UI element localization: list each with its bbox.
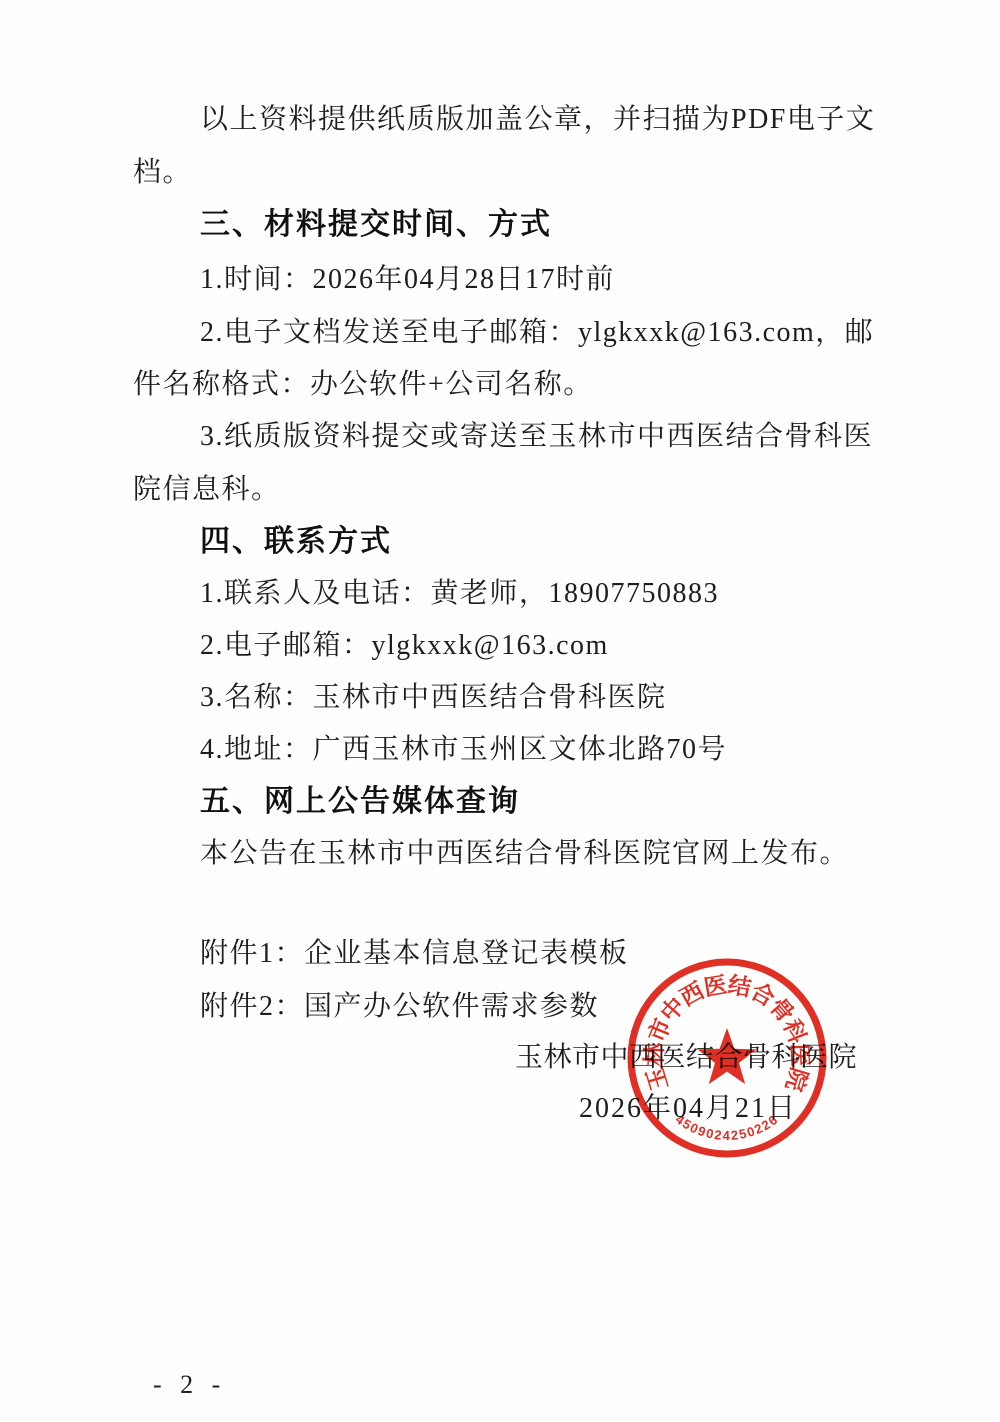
- section4-item2-email: 2.电子邮箱：ylgkxxk@163.com: [200, 629, 609, 663]
- document-page: 以上资料提供纸质版加盖公章，并扫描为PDF电子文 档。 三、材料提交时间、方式 …: [0, 0, 1000, 1422]
- section3-item2-line2: 件名称格式：办公软件+公司名称。: [133, 368, 593, 402]
- footer-page-number: - 2 -: [153, 1369, 226, 1400]
- section4-heading: 四、联系方式: [200, 524, 392, 560]
- section5-heading: 五、网上公告媒体查询: [200, 784, 520, 820]
- paragraph-intro-line1: 以上资料提供纸质版加盖公章，并扫描为PDF电子文: [200, 103, 875, 137]
- attachment-2: 附件2：国产办公软件需求参数: [200, 990, 599, 1024]
- star-icon: [698, 1028, 757, 1084]
- official-seal: 玉林市中西医结合骨科医院 4509024250226: [623, 954, 831, 1162]
- section4-item4-address: 4.地址：广西玉林市玉州区文体北路70号: [200, 733, 727, 767]
- section3-item3-line1: 3.纸质版资料提交或寄送至玉林市中西医结合骨科医: [200, 420, 873, 454]
- section4-item1-contact-phone: 1.联系人及电话：黄老师，18907750883: [200, 577, 719, 611]
- section3-item3-line2: 院信息科。: [133, 473, 281, 507]
- section3-item1: 1.时间：2026年04月28日17时前: [200, 263, 615, 297]
- section3-item2-line1: 2.电子文档发送至电子邮箱：ylgkxxk@163.com，邮: [200, 316, 874, 350]
- seal-serial-number: 4509024250226: [673, 1111, 782, 1143]
- section5-body: 本公告在玉林市中西医结合骨科医院官网上发布。: [200, 837, 849, 871]
- seal-serial-text-path: 4509024250226: [673, 1111, 782, 1143]
- attachment-1: 附件1：企业基本信息登记表模板: [200, 937, 629, 971]
- section4-item3-name: 3.名称：玉林市中西医结合骨科医院: [200, 681, 667, 715]
- paragraph-intro-line2: 档。: [133, 156, 192, 190]
- section3-heading: 三、材料提交时间、方式: [200, 207, 552, 243]
